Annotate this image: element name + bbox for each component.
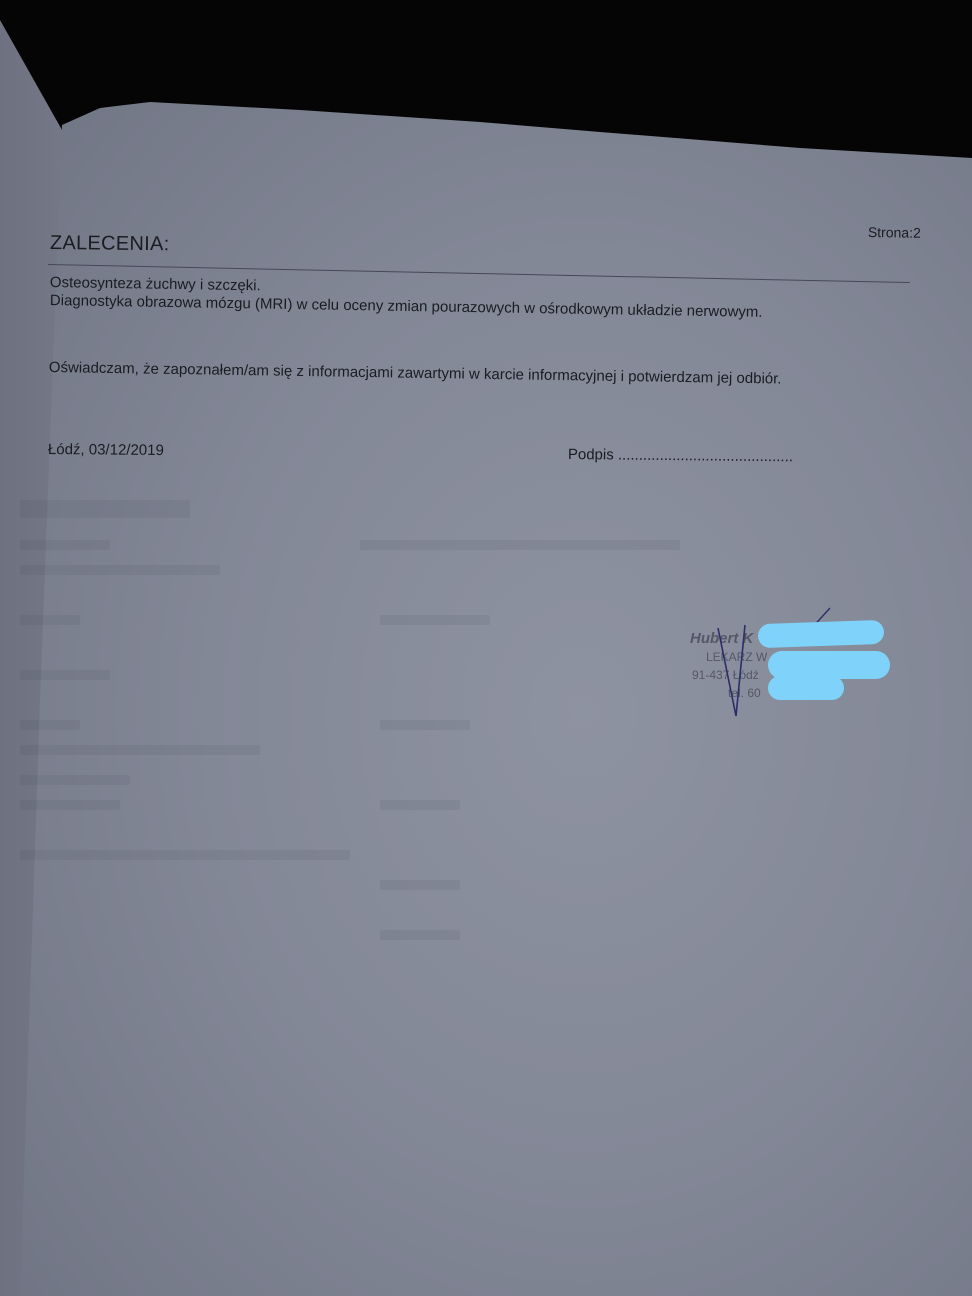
recommendation-item: Osteosynteza żuchwy i szczęki. — [50, 274, 261, 294]
redaction-mark — [758, 620, 885, 648]
redaction-mark — [768, 651, 890, 679]
redaction-mark — [768, 676, 844, 700]
section-heading: ZALECENIA: — [50, 232, 170, 256]
page-number: Strona:2 — [868, 224, 921, 241]
place-and-date: Łódź, 03/12/2019 — [48, 441, 164, 459]
signature-field: Podpis .................................… — [568, 446, 793, 465]
